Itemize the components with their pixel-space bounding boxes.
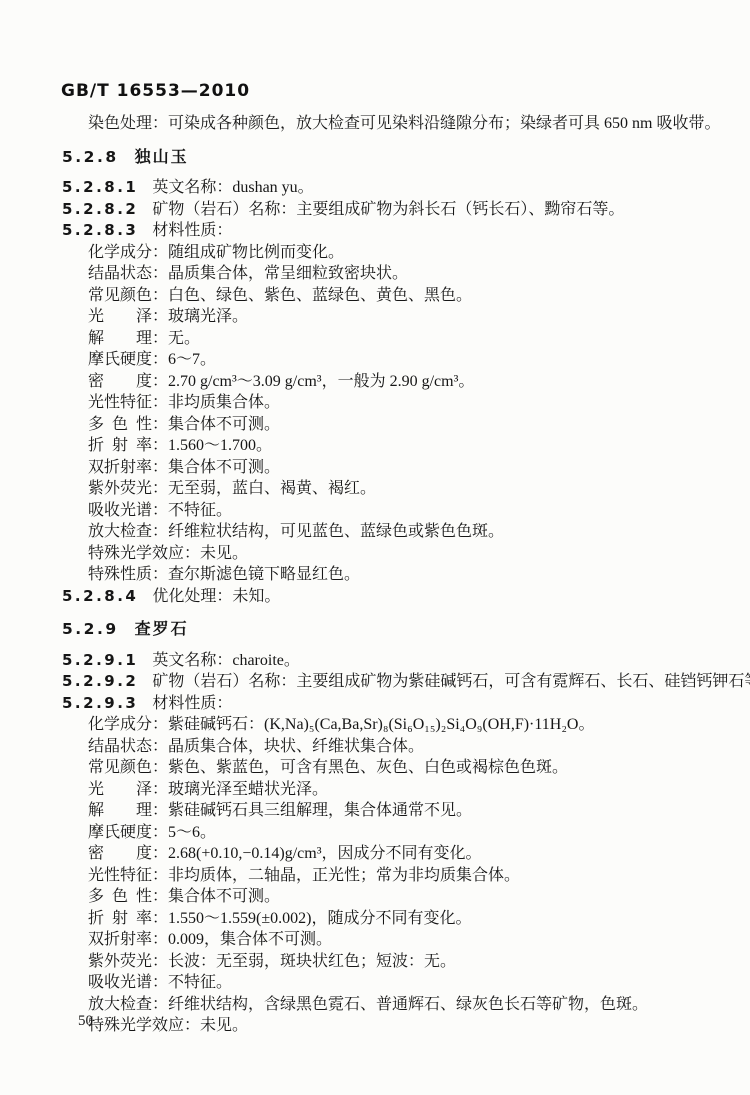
clause-number: 5.2.9.2 — [62, 671, 138, 693]
document-page: GB/T 16553—2010 染色处理：可染成各种颜色，放大检查可见染料沿缝隙… — [0, 0, 750, 1095]
property-line: 多 色 性：集合体不可测。 — [62, 886, 722, 908]
property-line: 放大检查：纤维粒状结构，可见蓝色、蓝绿色或紫色色斑。 — [62, 521, 722, 543]
clause-line: 5.2.8.3材料性质： — [62, 220, 722, 242]
property-line: 化学成分：紫硅碱钙石：(K,Na)₅(Ca,Ba,Sr)₈(Si₆O₁₅)₂Si… — [62, 714, 722, 736]
clause-number: 5.2.9.3 — [62, 693, 138, 715]
property-line: 双折射率：0.009，集合体不可测。 — [62, 929, 722, 951]
property-line: 紫外荧光：长波：无至弱，斑块状红色；短波：无。 — [62, 951, 722, 973]
property-line: 折 射 率：1.550～1.559(±0.002)，随成分不同有变化。 — [62, 908, 722, 930]
standard-number-header: GB/T 16553—2010 — [61, 81, 250, 101]
property-line: 解 理：紫硅碱钙石具三组解理，集合体通常不见。 — [62, 800, 722, 822]
property-line: 密 度：2.68(+0.10,−0.14)g/cm³，因成分不同有变化。 — [62, 843, 722, 865]
property-line: 结晶状态：晶质集合体，块状、纤维状集合体。 — [62, 736, 722, 758]
intro-paragraph: 染色处理：可染成各种颜色，放大检查可见染料沿缝隙分布；染绿者可具 650 nm … — [62, 113, 722, 135]
property-line: 解 理：无。 — [62, 328, 722, 350]
property-line: 特殊光学效应：未见。 — [62, 543, 722, 565]
property-line: 密 度：2.70 g/cm³～3.09 g/cm³，一般为 2.90 g/cm³… — [62, 371, 722, 393]
property-line: 折 射 率：1.560～1.700。 — [62, 435, 722, 457]
clause-number: 5.2.8.2 — [62, 199, 138, 221]
property-line: 放大检查：纤维状结构，含绿黑色霓石、普通辉石、绿灰色长石等矿物，色斑。 — [62, 994, 722, 1016]
property-line: 光性特征：非均质体，二轴晶，正光性；常为非均质集合体。 — [62, 865, 722, 887]
document-body: 染色处理：可染成各种颜色，放大检查可见染料沿缝隙分布；染绿者可具 650 nm … — [62, 113, 722, 1037]
property-line: 常见颜色：白色、绿色、紫色、蓝绿色、黄色、黑色。 — [62, 285, 722, 307]
clause-line: 5.2.8.1英文名称：dushan yu。 — [62, 177, 722, 199]
property-line: 光性特征：非均质集合体。 — [62, 392, 722, 414]
property-line: 特殊光学效应：未见。 — [62, 1015, 722, 1037]
clause-line: 5.2.9.3材料性质： — [62, 693, 722, 715]
section-title: 独山玉 — [135, 147, 189, 166]
property-line: 常见颜色：紫色、紫蓝色，可含有黑色、灰色、白色或褐棕色色斑。 — [62, 757, 722, 779]
clause-line: 5.2.8.2矿物（岩石）名称：主要组成矿物为斜长石（钙长石）、黝帘石等。 — [62, 199, 722, 221]
section-number: 5.2.9 — [62, 619, 119, 641]
property-line: 紫外荧光：无至弱，蓝白、褐黄、褐红。 — [62, 478, 722, 500]
clause-number: 5.2.9.1 — [62, 650, 138, 672]
clause-number: 5.2.8.3 — [62, 220, 138, 242]
section-title: 查罗石 — [135, 619, 189, 638]
property-line: 特殊性质：查尔斯滤色镜下略显红色。 — [62, 564, 722, 586]
clause-line: 5.2.9.1英文名称：charoite。 — [62, 650, 722, 672]
section-number: 5.2.8 — [62, 147, 119, 169]
property-line: 结晶状态：晶质集合体，常呈细粒致密块状。 — [62, 263, 722, 285]
property-line: 摩氏硬度：5～6。 — [62, 822, 722, 844]
clause-line: 5.2.9.2矿物（岩石）名称：主要组成矿物为紫硅碱钙石，可含有霓辉石、长石、硅… — [62, 671, 722, 693]
clause-line: 5.2.8.4优化处理：未知。 — [62, 586, 722, 608]
clause-text: 材料性质： — [152, 222, 232, 239]
property-line: 吸收光谱：不特征。 — [62, 500, 722, 522]
property-line: 摩氏硬度：6～7。 — [62, 349, 722, 371]
clause-text: 英文名称：dushan yu。 — [152, 179, 313, 196]
property-line: 双折射率：集合体不可测。 — [62, 457, 722, 479]
property-line: 光 泽：玻璃光泽。 — [62, 306, 722, 328]
clause-text: 优化处理：未知。 — [152, 588, 280, 605]
property-line: 吸收光谱：不特征。 — [62, 972, 722, 994]
property-line: 多 色 性：集合体不可测。 — [62, 414, 722, 436]
section-heading: 5.2.8独山玉 — [62, 146, 722, 168]
section-heading: 5.2.9查罗石 — [62, 618, 722, 640]
clause-text: 材料性质： — [152, 695, 232, 712]
clause-number: 5.2.8.1 — [62, 177, 138, 199]
property-line: 光 泽：玻璃光泽至蜡状光泽。 — [62, 779, 722, 801]
clause-text: 矿物（岩石）名称：主要组成矿物为斜长石（钙长石）、黝帘石等。 — [152, 201, 624, 218]
clause-text: 英文名称：charoite。 — [152, 652, 300, 669]
property-line: 化学成分：随组成矿物比例而变化。 — [62, 242, 722, 264]
clause-number: 5.2.8.4 — [62, 586, 138, 608]
clause-text: 矿物（岩石）名称：主要组成矿物为紫硅碱钙石，可含有霓辉石、长石、硅铛钙钾石等。 — [152, 673, 750, 690]
page-number: 50 — [78, 1013, 93, 1030]
